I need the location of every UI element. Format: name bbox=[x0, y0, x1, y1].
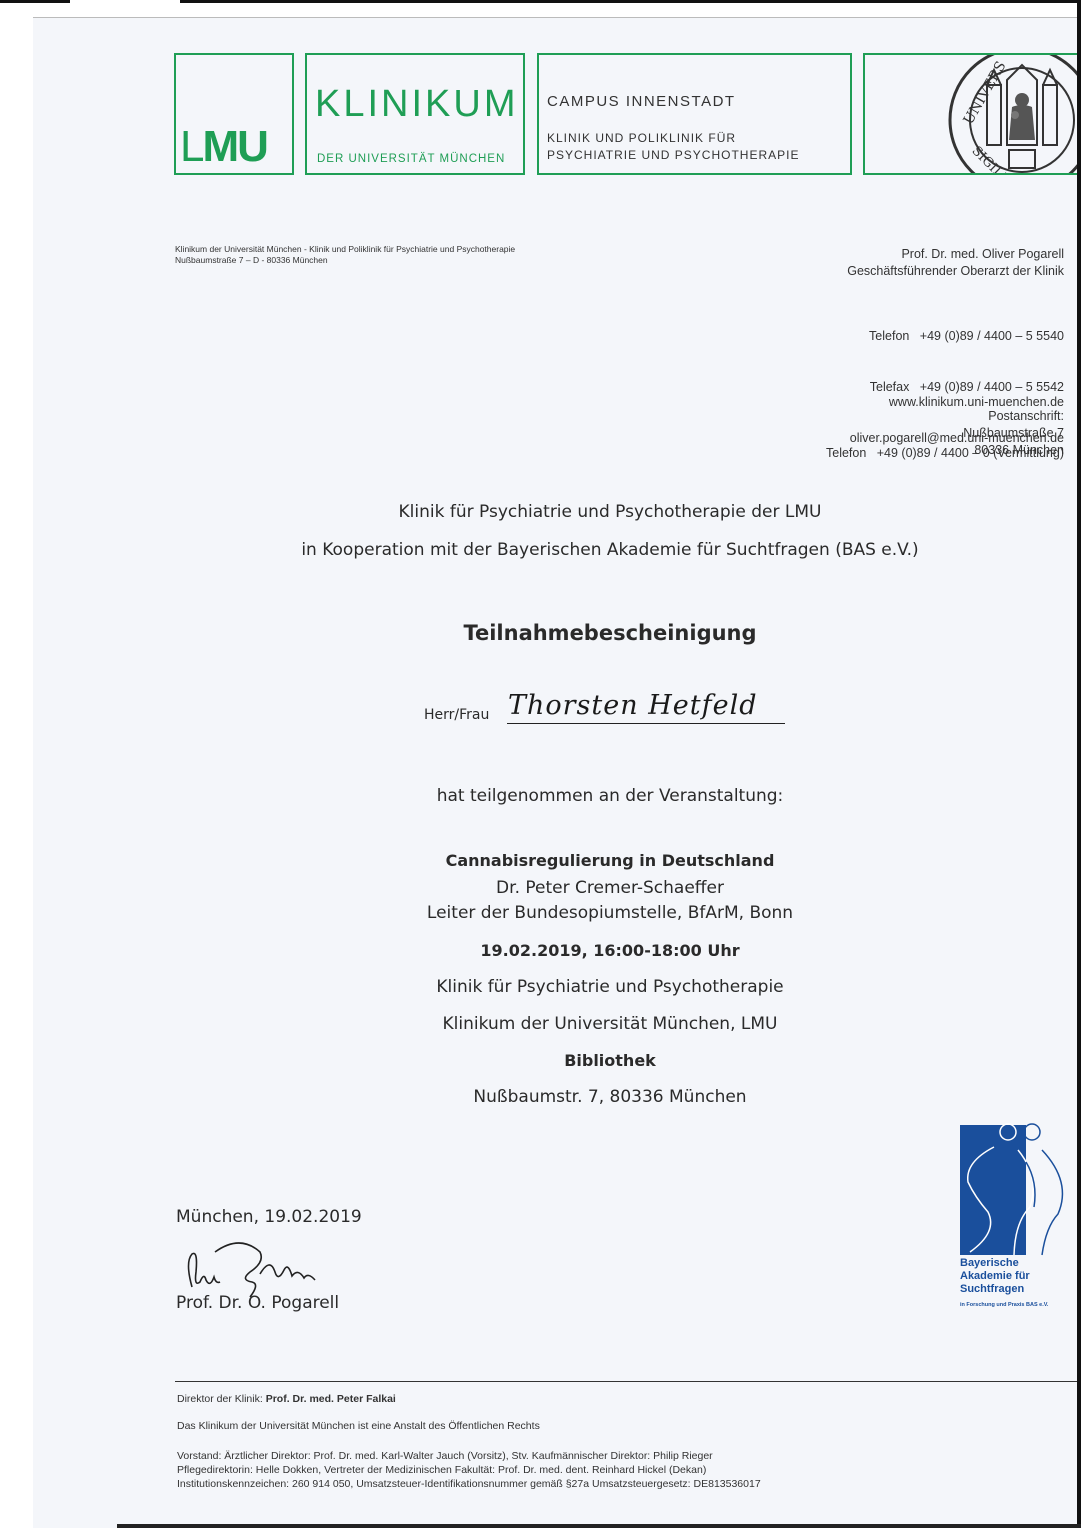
postal-street: Nußbaumstraße 7 bbox=[963, 425, 1064, 442]
sender-address: Klinikum der Universität München - Klini… bbox=[175, 244, 515, 266]
postal-address: Postanschrift: Nußbaumstraße 7 80336 Mün… bbox=[963, 408, 1064, 459]
postal-city: 80336 München bbox=[963, 442, 1064, 459]
event-speaker-role: Leiter der Bundesopiumstelle, BfArM, Bon… bbox=[0, 903, 1081, 923]
footer-divider bbox=[175, 1381, 1077, 1382]
venue-line-1: Klinik für Psychiatrie und Psychotherapi… bbox=[0, 977, 1081, 997]
event-title: Cannabisregulierung in Deutschland bbox=[0, 851, 1081, 870]
seal-box: UNIVERS SIGILL bbox=[863, 53, 1077, 175]
event-datetime: 19.02.2019, 16:00-18:00 Uhr bbox=[0, 941, 1081, 960]
sender-address-line-1: Klinikum der Universität München - Klini… bbox=[175, 244, 515, 255]
klinikum-title: KLINIKUM bbox=[315, 85, 518, 123]
footer-board-line-2: Pflegedirektorin: Helle Dokken, Vertrete… bbox=[177, 1463, 706, 1477]
contact-name: Prof. Dr. med. Oliver Pogarell bbox=[847, 246, 1064, 263]
director-label: Direktor der Klinik: bbox=[177, 1393, 266, 1405]
handwritten-signature-icon bbox=[180, 1232, 330, 1302]
name-underline bbox=[507, 723, 785, 724]
bas-name-line-2: Akademie für bbox=[960, 1270, 1030, 1283]
postal-label: Postanschrift: bbox=[963, 408, 1064, 425]
bas-name-line-1: Bayerische bbox=[960, 1257, 1030, 1270]
org-line-1: Klinik für Psychiatrie und Psychotherapi… bbox=[0, 502, 1081, 522]
contact-person: Prof. Dr. med. Oliver Pogarell Geschäfts… bbox=[847, 246, 1064, 280]
bas-name-line-3: Suchtfragen bbox=[960, 1283, 1030, 1296]
contact-telefon: Telefon +49 (0)89 / 4400 – 5 5540 bbox=[850, 328, 1064, 345]
venue-room: Bibliothek bbox=[0, 1051, 1081, 1070]
salutation-label: Herr/Frau bbox=[424, 707, 489, 723]
lmu-logo-box: LMU bbox=[174, 53, 294, 175]
participant-name: Thorsten Hetfeld bbox=[508, 690, 757, 721]
footer-director: Direktor der Klinik: Prof. Dr. med. Pete… bbox=[177, 1392, 396, 1406]
klinikum-subtitle: DER UNIVERSITÄT MÜNCHEN bbox=[317, 153, 505, 165]
campus-line-1: KLINIK UND POLIKLINIK FÜR bbox=[547, 131, 736, 145]
svg-text:UNIVERS: UNIVERS bbox=[961, 59, 1010, 128]
campus-box: CAMPUS INNENSTADT KLINIK UND POLIKLINIK … bbox=[537, 53, 852, 175]
place-date: München, 19.02.2019 bbox=[176, 1207, 362, 1227]
scan-bottom-edge bbox=[117, 1524, 1081, 1528]
director-name: Prof. Dr. med. Peter Falkai bbox=[266, 1393, 396, 1405]
bas-tagline: in Forschung und Praxis BAS e.V. bbox=[960, 1302, 1048, 1308]
signer-name: Prof. Dr. O. Pogarell bbox=[176, 1293, 339, 1313]
bas-logo-name: Bayerische Akademie für Suchtfragen bbox=[960, 1257, 1030, 1296]
campus-line-2: PSYCHIATRIE UND PSYCHOTHERAPIE bbox=[547, 148, 799, 162]
scan-top-edge-gap bbox=[70, 0, 180, 3]
venue-address: Nußbaumstr. 7, 80336 München bbox=[0, 1087, 1081, 1107]
document-title: Teilnahmebescheinigung bbox=[0, 621, 1081, 645]
footer-board-line-1: Vorstand: Ärztlicher Direktor: Prof. Dr.… bbox=[177, 1449, 713, 1463]
footer-legal-status: Das Klinikum der Universität München ist… bbox=[177, 1419, 540, 1433]
event-speaker: Dr. Peter Cremer-Schaeffer bbox=[0, 878, 1081, 898]
klinikum-logo-box: KLINIKUM DER UNIVERSITÄT MÜNCHEN bbox=[305, 53, 525, 175]
sender-address-line-2: Nußbaumstraße 7 – D - 80336 München bbox=[175, 255, 515, 266]
org-line-2: in Kooperation mit der Bayerischen Akade… bbox=[0, 540, 1081, 560]
participated-text: hat teilgenommen an der Veranstaltung: bbox=[0, 786, 1081, 806]
bas-logo-icon bbox=[960, 1122, 1078, 1257]
contact-role: Geschäftsführender Oberarzt der Klinik bbox=[847, 263, 1064, 280]
campus-title: CAMPUS INNENSTADT bbox=[547, 93, 736, 110]
venue-line-2: Klinikum der Universität München, LMU bbox=[0, 1014, 1081, 1034]
lmu-logo: LMU bbox=[180, 125, 267, 169]
university-seal-icon: UNIVERS SIGILL bbox=[947, 53, 1077, 175]
svg-text:SIGILL: SIGILL bbox=[969, 144, 1013, 175]
scan-right-edge bbox=[1077, 0, 1081, 1528]
footer-board-line-3: Institutionskennzeichen: 260 914 050, Um… bbox=[177, 1477, 761, 1491]
